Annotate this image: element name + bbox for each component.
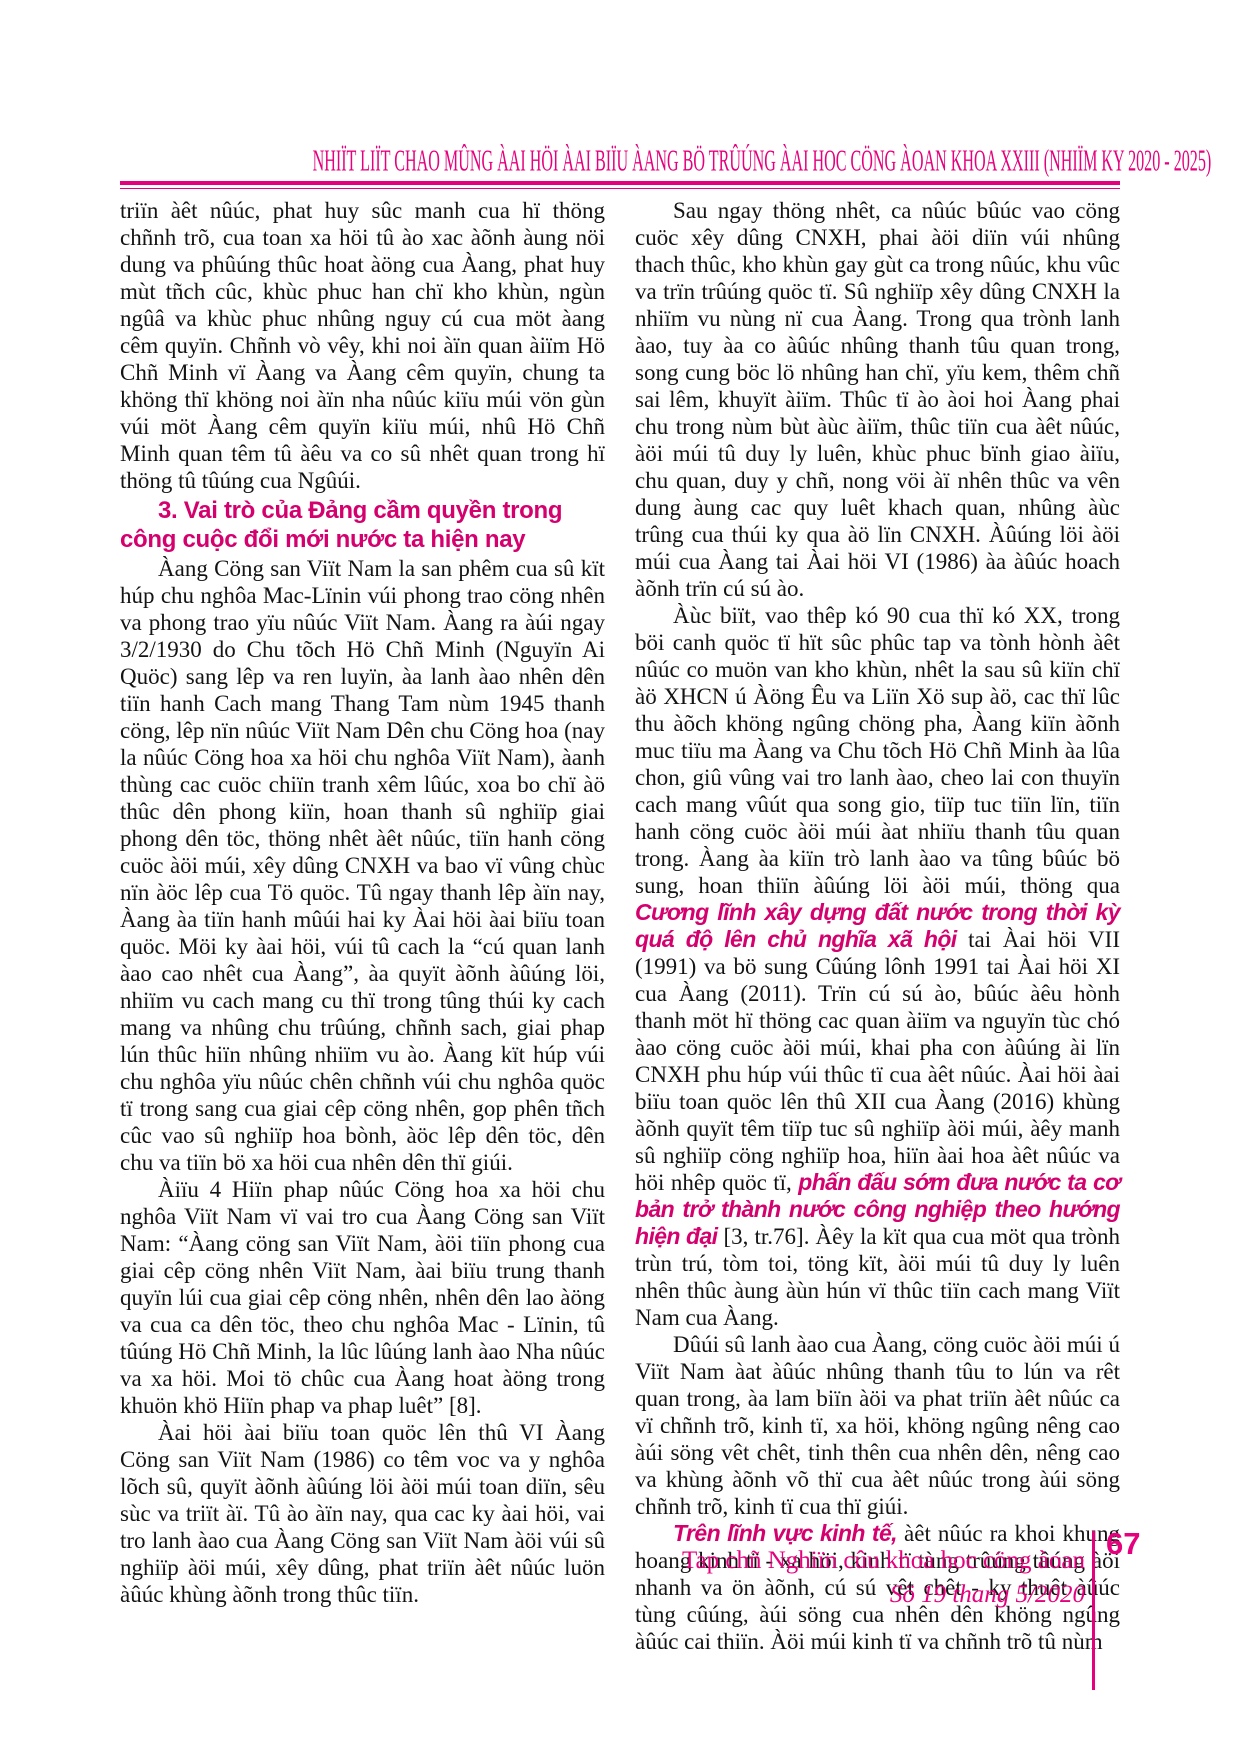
text-run: tai Àai höi VII (1991) va bö sung Cûúng …	[635, 927, 1120, 1195]
journal-page: NHIÏT LIÏT CHAO MÛNG ÀAI HÖI ÀAI BIÏU ÀA…	[0, 0, 1240, 1753]
text-run: Àùc biït, vao thêp kó 90 cua thï kó XX, …	[635, 603, 1120, 898]
text-run: Àang Cöng san Viït Nam la san phêm cua s…	[120, 556, 605, 1175]
paragraph: triïn àêt nûúc, phat huy sûc manh cua hï…	[120, 197, 605, 494]
paragraph: Àang Cöng san Viït Nam la san phêm cua s…	[120, 555, 605, 1176]
section-heading: 3. Vai trò của Đảng cầm quyền trong công…	[120, 496, 605, 554]
left-column: triïn àêt nûúc, phat huy sûc manh cua hï…	[120, 197, 605, 1655]
text-run: Àai höi àai biïu toan quöc lên thû VI Àa…	[120, 1420, 605, 1607]
footer-journal-name: Tap chñ Nghiïn cûu khoa hoc cöng àoan	[682, 1544, 1085, 1578]
header-rule	[120, 181, 1120, 189]
page-number: 67	[1106, 1526, 1140, 1562]
text-run: triïn àêt nûúc, phat huy sûc manh cua hï…	[120, 198, 605, 493]
text-run: Dûúi sû lanh àao cua Àang, cöng cuöc àöi…	[635, 1332, 1120, 1519]
header-banner: NHIÏT LIÏT CHAO MÛNG ÀAI HÖI ÀAI BIÏU ÀA…	[120, 144, 1120, 170]
paragraph: Sau ngay thöng nhêt, ca nûúc bûúc vao cö…	[635, 197, 1120, 602]
page-footer: Tap chñ Nghiïn cûu khoa hoc cöng àoan Sö…	[682, 1544, 1085, 1612]
header-banner-text: NHIÏT LIÏT CHAO MÛNG ÀAI HÖI ÀAI BIÏU ÀA…	[313, 144, 1212, 178]
right-column: Sau ngay thöng nhêt, ca nûúc bûúc vao cö…	[635, 197, 1120, 1655]
footer-vertical-rule	[1092, 1531, 1095, 1690]
paragraph: Àai höi àai biïu toan quöc lên thû VI Àa…	[120, 1419, 605, 1608]
text-run: Sau ngay thöng nhêt, ca nûúc bûúc vao cö…	[635, 198, 1120, 601]
paragraph: Àùc biït, vao thêp kó 90 cua thï kó XX, …	[635, 602, 1120, 1331]
text-run: 3. Vai trò của Đảng cầm quyền trong công…	[120, 497, 562, 553]
emphasis-text-run: Trên lĩnh vực kinh tế,	[673, 1520, 897, 1546]
paragraph: Àiïu 4 Hiïn phap nûúc Cöng hoa xa höi ch…	[120, 1176, 605, 1419]
paragraph: Dûúi sû lanh àao cua Àang, cöng cuöc àöi…	[635, 1331, 1120, 1520]
footer-issue-line: Sö 19 thang 5/2020	[682, 1578, 1085, 1612]
article-columns: triïn àêt nûúc, phat huy sûc manh cua hï…	[120, 197, 1120, 1655]
text-run: Àiïu 4 Hiïn phap nûúc Cöng hoa xa höi ch…	[120, 1177, 605, 1418]
